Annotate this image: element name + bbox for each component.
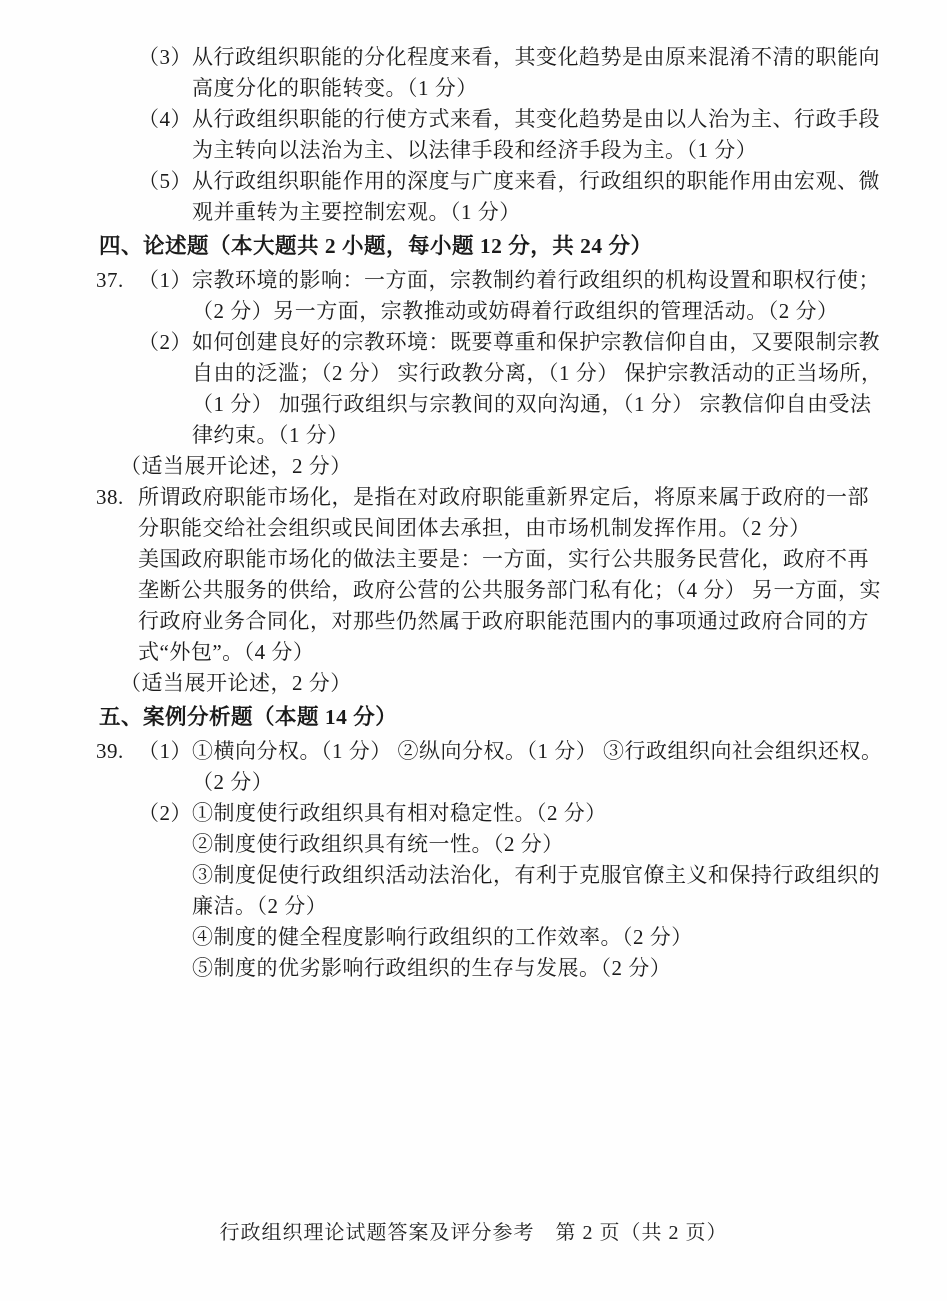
part-text: ①制度使行政组织具有相对稳定性。（2 分） ②制度使行政组织具有统一性。（2 分… — [192, 798, 890, 984]
question-number: 38. — [96, 482, 138, 513]
scanned-answer-page: （3） 从行政组织职能的分化程度来看，其变化趋势是由原来混淆不清的职能向高度分化… — [0, 0, 947, 1301]
part-marker: （2） — [138, 327, 192, 358]
question-body: （1） ①横向分权。（1 分） ②纵向分权。（1 分） ③行政组织向社会组织还权… — [138, 736, 890, 984]
answer-line: ②制度使行政组织具有统一性。（2 分） — [192, 829, 890, 860]
answer-paragraph: 美国政府职能市场化的做法主要是：一方面，实行公共服务民营化，政府不再垄断公共服务… — [138, 544, 890, 668]
part-text: 如何创建良好的宗教环境：既要尊重和保护宗教信仰自由，又要限制宗教自由的泛滥；（2… — [192, 327, 890, 451]
part-text: 宗教环境的影响：一方面，宗教制约着行政组织的机构设置和职权行使；（2 分）另一方… — [192, 265, 890, 327]
answer-line: ①制度使行政组织具有相对稳定性。（2 分） — [192, 798, 890, 829]
question-39: 39. （1） ①横向分权。（1 分） ②纵向分权。（1 分） ③行政组织向社会… — [96, 736, 890, 984]
item-marker: （3） — [138, 42, 192, 73]
carryover-item: （3） 从行政组织职能的分化程度来看，其变化趋势是由原来混淆不清的职能向高度分化… — [138, 42, 890, 104]
item-text: 从行政组织职能作用的深度与广度来看，行政组织的职能作用由宏观、微观并重转为主要控… — [192, 166, 890, 228]
question-body: （1） 宗教环境的影响：一方面，宗教制约着行政组织的机构设置和职权行使；（2 分… — [138, 265, 890, 482]
answer-paragraph: 所谓政府职能市场化，是指在对政府职能重新界定后，将原来属于政府的一部分职能交给社… — [138, 482, 890, 544]
question-37: 37. （1） 宗教环境的影响：一方面，宗教制约着行政组织的机构设置和职权行使；… — [96, 265, 890, 482]
question-number: 39. — [96, 736, 138, 767]
part-text: ①横向分权。（1 分） ②纵向分权。（1 分） ③行政组织向社会组织还权。（2 … — [192, 736, 890, 798]
scoring-note: （适当展开论述，2 分） — [120, 668, 890, 699]
answer-line: ①横向分权。（1 分） ②纵向分权。（1 分） ③行政组织向社会组织还权。（2 … — [192, 736, 890, 798]
question-number: 37. — [96, 265, 138, 296]
question-part: （1） 宗教环境的影响：一方面，宗教制约着行政组织的机构设置和职权行使；（2 分… — [138, 265, 890, 327]
section-heading-case: 五、案例分析题（本题 14 分） — [99, 702, 890, 733]
item-marker: （4） — [138, 104, 192, 135]
question-part: （1） ①横向分权。（1 分） ②纵向分权。（1 分） ③行政组织向社会组织还权… — [138, 736, 890, 798]
question-part: （2） ①制度使行政组织具有相对稳定性。（2 分） ②制度使行政组织具有统一性。… — [138, 798, 890, 984]
answer-line: ④制度的健全程度影响行政组织的工作效率。（2 分） — [192, 922, 890, 953]
part-marker: （1） — [138, 265, 192, 296]
part-marker: （1） — [138, 736, 192, 767]
carryover-item: （5） 从行政组织职能作用的深度与广度来看，行政组织的职能作用由宏观、微观并重转… — [138, 166, 890, 228]
item-text: 从行政组织职能的行使方式来看，其变化趋势是由以人治为主、行政手段为主转向以法治为… — [192, 104, 890, 166]
scoring-note: （适当展开论述，2 分） — [120, 451, 890, 482]
question-body: 所谓政府职能市场化，是指在对政府职能重新界定后，将原来属于政府的一部分职能交给社… — [138, 482, 890, 699]
answer-line: ⑤制度的优劣影响行政组织的生存与发展。（2 分） — [192, 953, 890, 984]
item-text: 从行政组织职能的分化程度来看，其变化趋势是由原来混淆不清的职能向高度分化的职能转… — [192, 42, 890, 104]
page-footer: 行政组织理论试题答案及评分参考 第 2 页（共 2 页） — [0, 1218, 947, 1249]
item-marker: （5） — [138, 166, 192, 197]
carryover-item: （4） 从行政组织职能的行使方式来看，其变化趋势是由以人治为主、行政手段为主转向… — [138, 104, 890, 166]
question-38: 38. 所谓政府职能市场化，是指在对政府职能重新界定后，将原来属于政府的一部分职… — [96, 482, 890, 699]
question-part: （2） 如何创建良好的宗教环境：既要尊重和保护宗教信仰自由，又要限制宗教自由的泛… — [138, 327, 890, 451]
page-content: （3） 从行政组织职能的分化程度来看，其变化趋势是由原来混淆不清的职能向高度分化… — [96, 42, 890, 984]
part-marker: （2） — [138, 798, 192, 829]
section-heading-essay: 四、论述题（本大题共 2 小题，每小题 12 分，共 24 分） — [99, 231, 890, 262]
answer-line: ③制度促使行政组织活动法治化，有利于克服官僚主义和保持行政组织的廉洁。（2 分） — [192, 860, 890, 922]
